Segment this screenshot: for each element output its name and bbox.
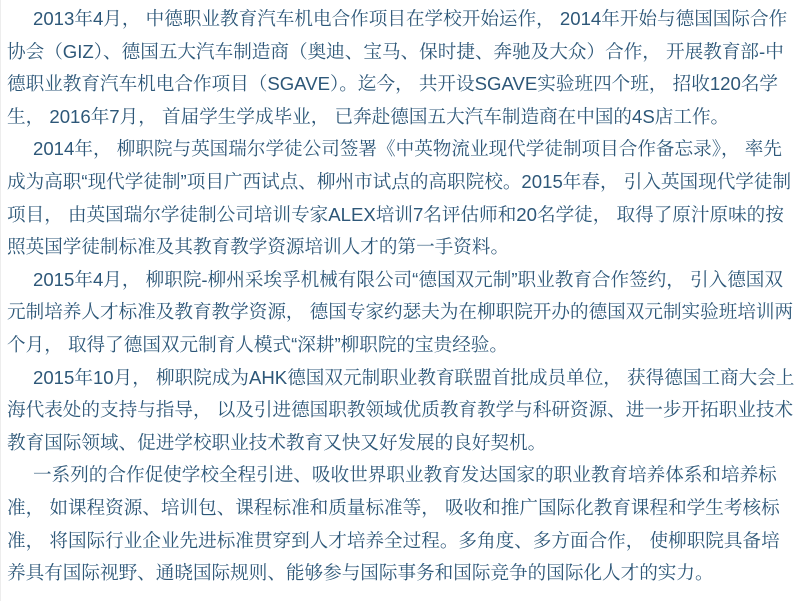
- paragraph-uk-apprenticeship: 2014年， 柳职院与英国瑞尔学徒公司签署《中英物流业现代学徒制项目合作备忘录》…: [7, 133, 795, 263]
- paragraph-german-dual-system: 2015年4月， 柳职院-柳州采埃孚机械有限公司“德国双元制”职业教育合作签约，…: [7, 264, 795, 362]
- page-left-edge-line: [0, 0, 1, 601]
- paragraph-cooperation-summary: 一系列的合作促使学校全程引进、吸收世界职业教育发达国家的职业教育培养体系和培养标…: [7, 459, 795, 589]
- paragraph-ahk-alliance: 2015年10月， 柳职院成为AHK德国双元制职业教育联盟首批成员单位， 获得德…: [7, 362, 795, 460]
- document-page: 2013年4月， 中德职业教育汽车机电合作项目在学校开始运作， 2014年开始与…: [0, 0, 803, 601]
- article-body: 2013年4月， 中德职业教育汽车机电合作项目在学校开始运作， 2014年开始与…: [0, 0, 803, 590]
- paragraph-sgave-project: 2013年4月， 中德职业教育汽车机电合作项目在学校开始运作， 2014年开始与…: [7, 3, 795, 133]
